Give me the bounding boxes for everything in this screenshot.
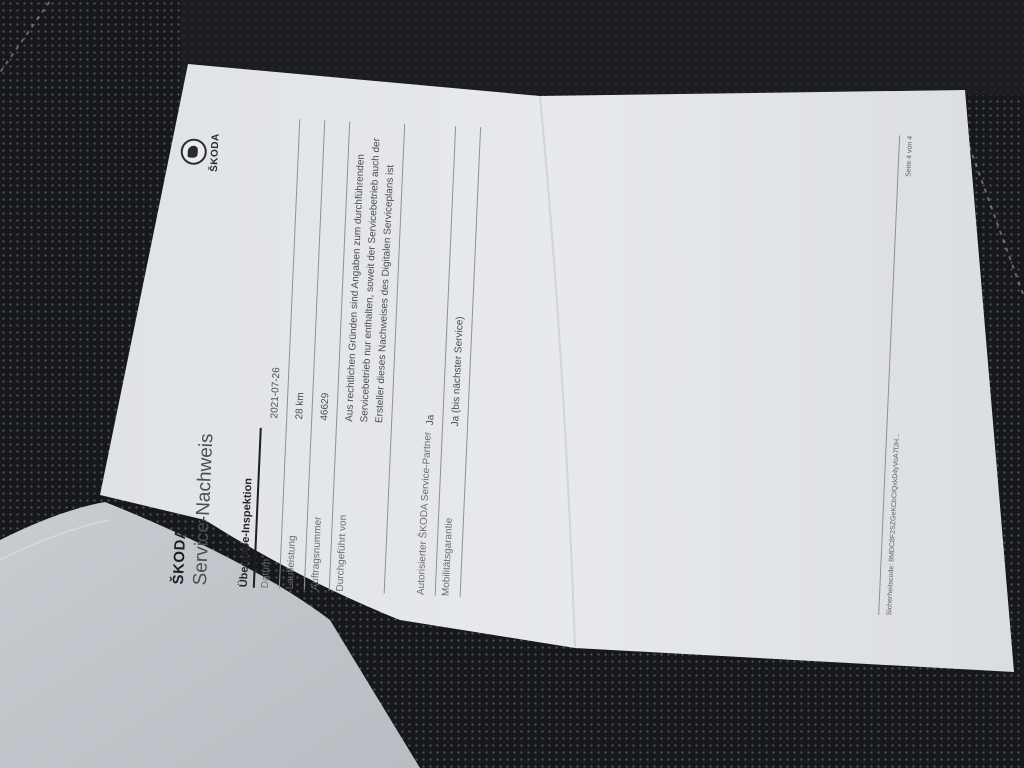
- row-label: Autorisierter ŠKODA Service-Partner: [416, 425, 438, 595]
- page-number: Seite 4 von 4: [905, 136, 914, 177]
- skoda-logo-icon: [180, 138, 207, 165]
- row-label: Mobilitätsgarantie: [441, 426, 463, 596]
- logo-text: ŠKODA: [208, 121, 222, 183]
- security-code: Sicherheitscode: 8MDC8F2SZGeKCbCIQxkD4yV…: [886, 433, 901, 616]
- row-label: Durchgeführt von: [335, 421, 387, 593]
- row-label: Laufleistung: [285, 419, 307, 589]
- document-title: Service-Nachweis: [190, 433, 219, 586]
- row-label: Auftragsnummer: [310, 420, 332, 590]
- inspection-section: Übergabe-Inspektion Datum 2021-07-26 Lau…: [238, 117, 481, 596]
- brand-name: ŠKODA: [170, 527, 189, 584]
- row-value: Aus rechtlichen Gründen sind Angaben zum…: [342, 122, 400, 424]
- row-label: Datum: [260, 418, 282, 588]
- service-record-document: ŠKODA Service-Nachweis ŠKODA Übergabe-In…: [108, 62, 972, 658]
- skoda-logo: ŠKODA: [179, 120, 222, 184]
